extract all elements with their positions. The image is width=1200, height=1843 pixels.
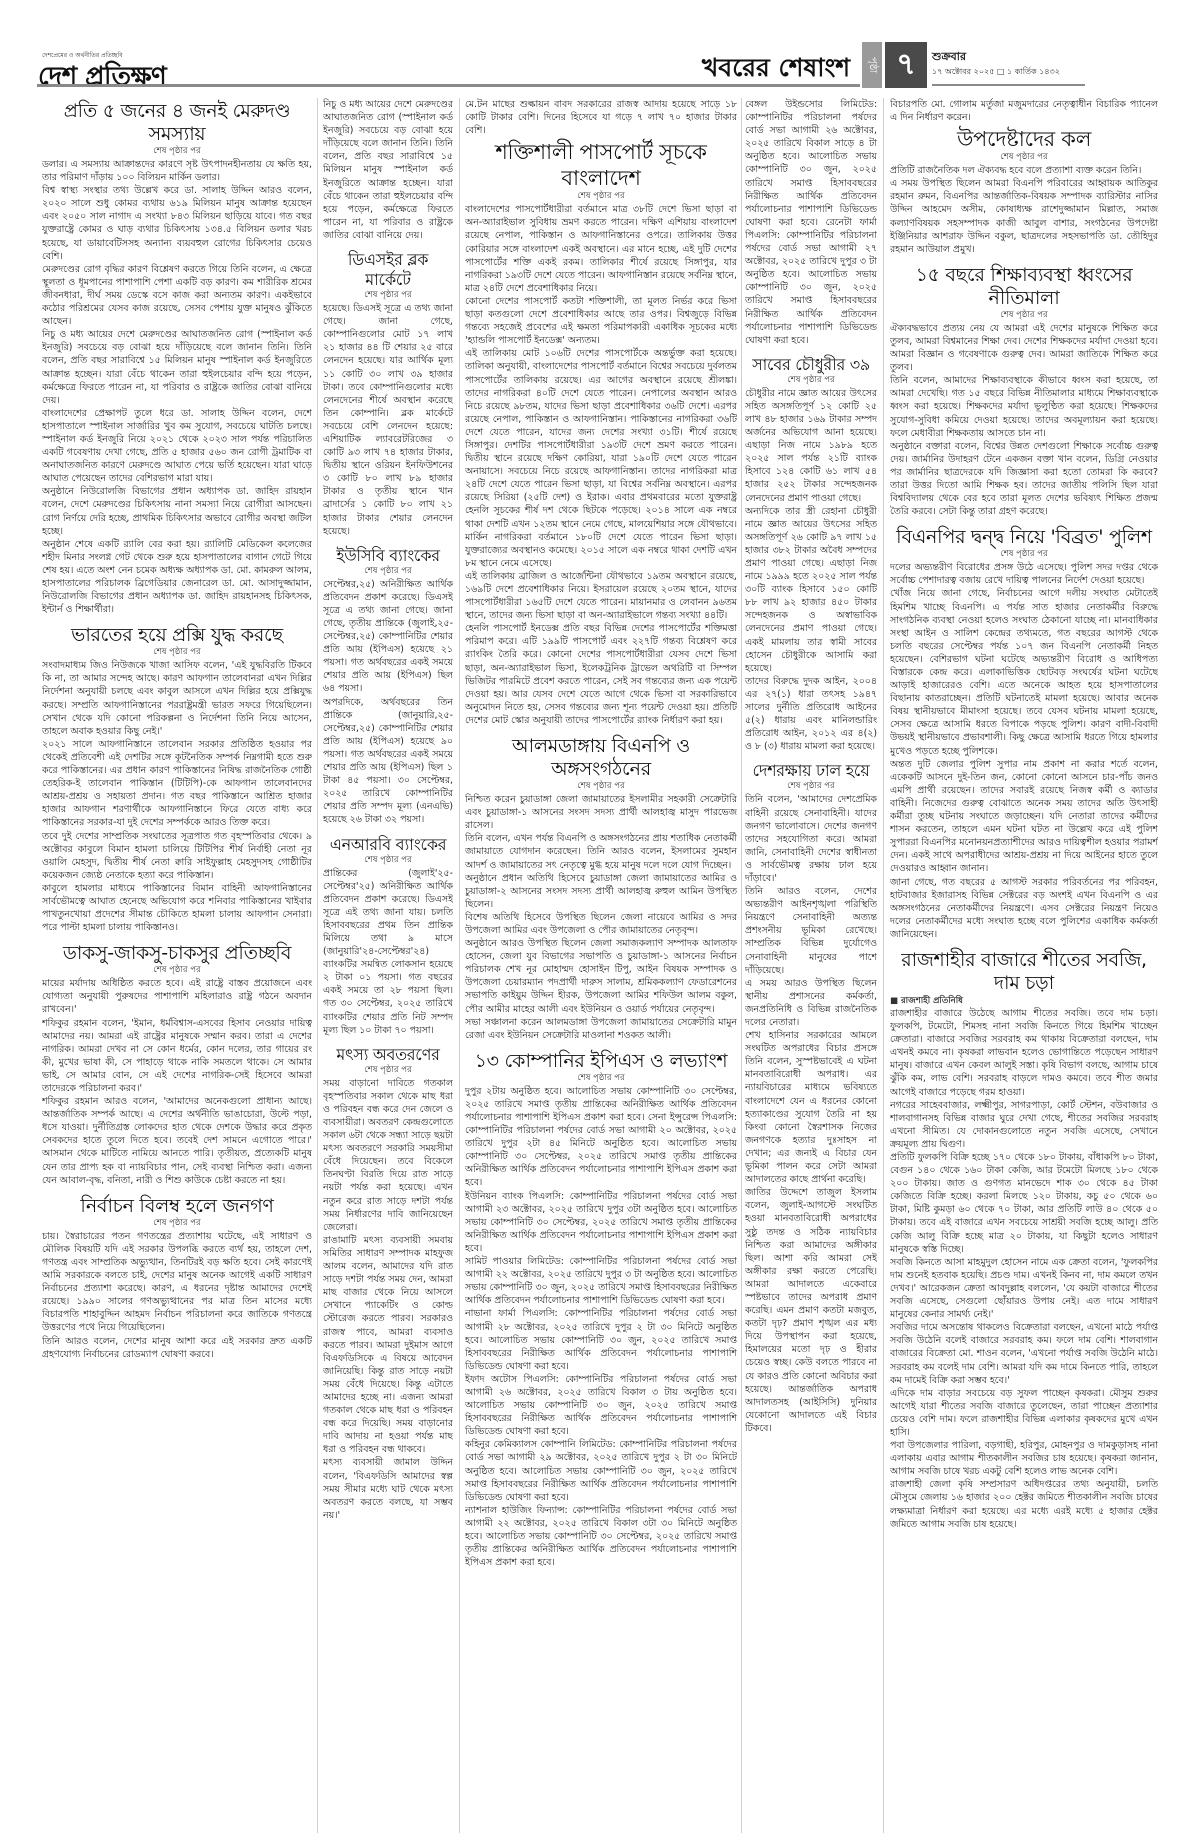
newspaper-logo[interactable]: দেশ প্রতিক্ষণ [38, 56, 166, 100]
article-paragraph: নাভানা ফার্মা পিএলসি: কোম্পানিটির পরিচাল… [465, 1307, 737, 1372]
continued-label: শেষ পৃষ্ঠার পর [745, 375, 877, 386]
article-lead-in: মে.টন মাছের শুল্কায়ন বাবদ সরকারের রাজস্… [465, 98, 737, 137]
article-paragraph: তাদের বিরুদ্ধে দুদক আইন, ২০০৪ এর ২৭(১) ধ… [745, 675, 877, 754]
masthead-divider [37, 84, 602, 87]
article-alamdanga: আলমডাঙ্গায় বিএনপি ও অঙ্গসংগঠনের শেষ পৃষ… [465, 735, 737, 1042]
article-paragraph: নগরের সাহেববাজার, লক্ষ্মীপুর, সাগরপাড়া,… [890, 1099, 1158, 1151]
continued-label: শেষ পৃষ্ঠার পর [42, 146, 312, 157]
article-paragraph: মৎস্য ব্যবসায়ী জামাল উদ্দিন বলেন, 'বিএফ… [323, 1456, 453, 1521]
article-paragraph: তিনি আরও বলেন, দেশের অভ্যন্তরীণ আইনশৃঙ্খ… [745, 885, 877, 977]
article-paragraph: অনুষ্ঠানে প্রধান অতিথি হিসেবে চুয়াডাঙ্গ… [465, 872, 737, 911]
column-divider [883, 98, 884, 1833]
article-rajshahi-vegetables: রাজশাহীর বাজারে শীতের সবজি, দাম চড়া ■ র… [890, 949, 1158, 1531]
article-passport-index: শক্তিশালী পাসপোর্ট সূচকে বাংলাদেশ শেষ পৃ… [465, 139, 737, 727]
article-paragraph: এই তালিকায় মোট ১০৬টি দেশের পাসপোর্টকে অ… [465, 347, 737, 570]
article-ucb-bank: ইউসিবি ব্যাংকের শেষ পৃষ্ঠার পর সেপ্টেম্ব… [323, 546, 453, 827]
article-paragraph: দুপুর ২টায় অনুষ্ঠিত হবে। আলোচিত সভায় ক… [465, 1085, 737, 1190]
article-paragraph: তিনি বলেন, আমাদের শিক্ষাব্যবস্থাকে কীভাব… [890, 374, 1158, 439]
article-paragraph: কহিনুর কেমিক্যালস কোম্পানি লিমিটেড: কোম্… [465, 1438, 737, 1503]
article-ducsu: ডাকসু-জাকসু-চাকসুর প্রতিচ্ছবি শেষ পৃষ্ঠা… [42, 942, 312, 1187]
article-paragraph: ন্যাশনাল হাউজিং ফিন্যান্স: কোম্পানিটির প… [465, 1504, 737, 1569]
article-paragraph: তিনি বলেন, 'আমাদের দেশপ্রেমিক বাহিনী রয়… [745, 793, 877, 885]
article-paragraph: চায়। স্বৈরাচারের পতন গণতন্ত্রের প্রত্যা… [42, 1230, 312, 1335]
continued-label: শেষ পৃষ্ঠার পর [465, 781, 737, 792]
article-paragraph: রাজশাহী জেলা কৃষি সম্প্রসারণ অধিদপ্তরের … [890, 1478, 1158, 1530]
article-proxy-war: ভারতের হয়ে প্রক্সি যুদ্ধ করছে শেষ পৃষ্ঠ… [42, 624, 312, 934]
article-headline[interactable]: বিএনপির দ্বন্দ্ব নিয়ে 'বিব্রত' পুলিশ [890, 526, 1158, 549]
article-paragraph: সবজি কিনতে আসা মাহমুদুল হোসেন নামে এক ক্… [890, 1256, 1158, 1321]
article-headline[interactable]: শক্তিশালী পাসপোর্ট সূচকে বাংলাদেশ [465, 139, 737, 191]
column-4: বেঙ্গল উইন্ডসোর লিমিটেড: কোম্পানিটির পরি… [745, 98, 877, 1833]
article-paragraph: শফিকুর রহমান আরও বলেন, 'আমাদের অনেকগুলো … [42, 1095, 312, 1187]
article-paragraph: তবে দুই দেশের সাম্প্রতিক সংঘাতের সূত্রপা… [42, 830, 312, 882]
column-5: বিচারপতি মো. গোলাম মর্তুজা মজুমদারের নেত… [890, 98, 1158, 1833]
article-army-shield: দেশরক্ষায় ঢাল হয়ে শেষ পৃষ্ঠার পর তিনি … [745, 761, 877, 1435]
article-spine-problems: প্রতি ৫ জনের ৪ জনই মেরুদণ্ড সমস্যায় শেষ… [42, 100, 312, 616]
continued-label: শেষ পৃষ্ঠার পর [890, 152, 1158, 163]
article-paragraph: এই তালিকায় ব্রাজিল ও আর্জেন্টিনা যৌথভাব… [465, 570, 737, 622]
article-saber-chowdhury: সাবের চৌধুরীর ৩৯ শেষ পৃষ্ঠার পর চৌধুরীর … [745, 355, 877, 754]
article-paragraph: প্রতিটি রাজনৈতিক দল ঐক্যবদ্ধ হবে বলে প্র… [890, 164, 1158, 177]
article-paragraph: শফিকুর রহমান বলেন, 'ইমান, ধর্মবিশ্বাস-এস… [42, 1017, 312, 1096]
continued-label: শেষ পৃষ্ঠার পর [465, 1073, 737, 1084]
article-headline[interactable]: সাবের চৌধুরীর ৩৯ [745, 355, 877, 375]
article-paragraph: মেরুদণ্ডের রোগ বৃদ্ধির কারণ বিশ্লেষণ করত… [42, 263, 312, 328]
article-paragraph: প্রান্তিকের (জুলাই'২৫-সেপ্টেম্বর'২৫) অনি… [323, 867, 453, 1037]
article-headline[interactable]: নির্বাচন বিলম্ব হলে জনগণ [42, 1195, 312, 1218]
article-police-embarrassed: বিএনপির দ্বন্দ্ব নিয়ে 'বিব্রত' পুলিশ শে… [890, 526, 1158, 941]
continued-label: শেষ পৃষ্ঠার পর [42, 647, 312, 658]
article-headline[interactable]: এনআরবি ব্যাংকের [323, 835, 453, 855]
issue-day: শুক্রবার [932, 48, 966, 67]
article-advisers-call: উপদেষ্টাদের কল শেষ পৃষ্ঠার পর প্রতিটি রা… [890, 126, 1158, 256]
article-paragraph: এ সময় আরও উপস্থিত ছিলেন স্থানীয় প্রশাস… [745, 977, 877, 1029]
column-3: মে.টন মাছের শুল্কায়ন বাবদ সরকারের রাজস্… [465, 98, 737, 1833]
continued-label: শেষ পৃষ্ঠার পর [42, 1218, 312, 1229]
article-paragraph: সামিট পাওয়ার লিমিটেড: কোম্পানিটির পরিচা… [465, 1255, 737, 1307]
continued-label: শেষ পৃষ্ঠার পর [890, 549, 1158, 560]
article-paragraph: চৌধুরীর নামে জ্ঞাত আয়ের উৎসের সহিত অসঙ্… [745, 387, 877, 505]
article-paragraph: সেপ্টেম্বর,২৫) অনিরীক্ষিত আর্থিক প্রতিবে… [323, 578, 453, 696]
article-paragraph: বিশ্ব স্বাস্থ্য সংস্থার তথ্য উল্লেখ করে … [42, 184, 312, 263]
article-nrb-bank: এনআরবি ব্যাংকের শেষ পৃষ্ঠার পর প্রান্তিক… [323, 835, 453, 1037]
article-election-delay: নির্বাচন বিলম্ব হলে জনগণ শেষ পৃষ্ঠার পর … [42, 1195, 312, 1361]
article-headline[interactable]: মৎস্য অবতরণের [323, 1045, 453, 1065]
article-headline[interactable]: ডাকসু-জাকসু-চাকসুর প্রতিচ্ছবি [42, 942, 312, 965]
article-headline[interactable]: আলমডাঙ্গায় বিএনপি ও অঙ্গসংগঠনের [465, 735, 737, 781]
article-paragraph: ২০২১ সালে আফগানিস্তানে তালেবান সরকার প্র… [42, 738, 312, 830]
article-13-companies-eps: ১৩ কোম্পানির ইপিএস ও লভ্যাংশ শেষ পৃষ্ঠার… [465, 1050, 737, 1569]
article-fish-landing: মৎস্য অবতরণের শেষ পৃষ্ঠার পর সময় বাড়ান… [323, 1045, 453, 1522]
article-paragraph: জানা গেছে, গত বছরের ৫ আগস্ট সরকার পরিবর্… [890, 876, 1158, 941]
article-lead-in: বিচারপতি মো. গোলাম মর্তুজা মজুমদারের নেত… [890, 98, 1158, 124]
article-paragraph: মায়ের মর্যাদায় অধিষ্ঠিত করতে হবে। এই র… [42, 977, 312, 1016]
article-headline[interactable]: ১৫ বছরে শিক্ষাব্যবস্থা ধ্বংসের নীতিমালা [890, 264, 1158, 310]
article-paragraph: খোঁজ নিয়ে জানা গেছে, নির্বাচনের আগে দলী… [890, 587, 1158, 757]
article-paragraph: কোনো দেশের পাসপোর্ট কতটা শক্তিশালী, তা ম… [465, 295, 737, 347]
article-paragraph: ইউনিয়ন ব্যাংক পিএলসি: কোম্পানিটির পরিচা… [465, 1190, 737, 1255]
article-paragraph: অন্যদিকে তার স্ত্রী রেহানা চৌধুরী নামে জ… [745, 505, 877, 675]
continued-label: শেষ পৃষ্ঠার পর [890, 310, 1158, 321]
article-paragraph: বেঙ্গল উইন্ডসোর লিমিটেড: কোম্পানিটির পরি… [745, 98, 877, 347]
masthead: দেশপ্রেমের ও অর্থনীতির প্রতিচ্ছবি দেশ প্… [0, 0, 1200, 90]
masthead-divider [602, 84, 860, 87]
continued-label: শেষ পৃষ্ঠার পর [42, 965, 312, 976]
article-paragraph: বাংলাদেশের প্রেক্ষাপট তুলে ধরে ডা. সালাহ… [42, 407, 312, 486]
article-paragraph: পবা উপজেলার পারিলা, বড়গাছী, হরিপুর, মোহ… [890, 1439, 1158, 1478]
continued-label: শেষ পৃষ্ঠার পর [323, 1065, 453, 1076]
page-label: পৃষ্ঠা [862, 42, 882, 88]
article-paragraph: শেখ হাসিনার সরকারের আমলে সংঘটিত অপরাধের … [745, 1029, 877, 1186]
article-headline[interactable]: ডিএসইর ব্লক মার্কেটে [323, 250, 453, 290]
article-headline[interactable]: ইউসিবি ব্যাংকের [323, 546, 453, 566]
continued-label: শেষ পৃষ্ঠার পর [465, 191, 737, 202]
article-paragraph: প্রতিটি ফুলকপি বিক্রি হচ্ছে ১৭০ থেকে ১৮০… [890, 1151, 1158, 1256]
article-paragraph: সংবাদমাধ্যম জিও নিউজকে খাজা আসিফ বলেন, '… [42, 659, 312, 738]
column-1: প্রতি ৫ জনের ৪ জনই মেরুদণ্ড সমস্যায় শেষ… [42, 98, 312, 1833]
article-paragraph: সময় বাড়ানো দাবিতে গতকাল বৃহস্পতিবার সক… [323, 1077, 453, 1234]
article-paragraph: হয়েছে। ডিএসই সূত্রে এ তথ্য জানা গেছে। জ… [323, 302, 453, 538]
article-headline[interactable]: প্রতি ৫ জনের ৪ জনই মেরুদণ্ড সমস্যায় [42, 100, 312, 146]
article-paragraph: ডলার। এ সমস্যায় আক্রান্তদের কারণে সৃষ্ট… [42, 158, 312, 184]
article-paragraph: তিনি আরও বলেন, দেশের মানুষ আশা করে এই সর… [42, 1335, 312, 1361]
article-paragraph: তিনি বলেন, এখন পর্যন্ত বিএনপি ও অঙ্গসংগঠ… [465, 832, 737, 871]
article-paragraph: ইফাদ অটোস পিএলসি: কোম্পানিটির পরিচালনা প… [465, 1373, 737, 1438]
column-2: নিচু ও মধ্য আয়ের দেশে মেরুদণ্ডের আঘাতজন… [323, 98, 453, 1833]
article-headline[interactable]: রাজশাহীর বাজারে শীতের সবজি, দাম চড়া [890, 949, 1158, 995]
article-paragraph: অন্তত দুটি জেলার পুলিশ সুপার নাম প্রকাশ … [890, 758, 1158, 876]
article-paragraph: অনুষ্ঠানে বক্তারা বলেন, বিশ্বের উন্নত দে… [890, 440, 1158, 519]
article-paragraph: অনুষ্ঠানে আরও উপস্থিত ছিলেন জেলা সমাজকল্… [465, 937, 737, 1016]
article-paragraph: বাংলাদেশের পাসপোর্টধারীরা বর্তমানে মাত্র… [465, 203, 737, 295]
article-paragraph: রাজশাহীর বাজারে উঠেছে আগাম শীতের সবজি। ত… [890, 1007, 1158, 1099]
article-paragraph: হেনলি পাসপোর্ট ইনডেক্স প্রতি বছর বিভিন্ন… [465, 622, 737, 727]
article-paragraph: সভা সঞ্চালনা করেন আলমডাঙ্গা উপজেলা জামায… [465, 1016, 737, 1042]
article-education-policy: ১৫ বছরে শিক্ষাব্যবস্থা ধ্বংসের নীতিমালা … [890, 264, 1158, 518]
continued-label: শেষ পৃষ্ঠার পর [745, 781, 877, 792]
article-headline[interactable]: দেশরক্ষায় ঢাল হয়ে [745, 761, 877, 781]
issue-date: ১৭ অক্টোবর ২০২৫ □ ১ কার্তিক ১৪৩২ [932, 66, 1060, 79]
continued-label: শেষ পৃষ্ঠার পর [323, 290, 453, 301]
article-paragraph: রাঙামাটি মৎস্য ব্যবসায়ী সমবায় সমিতির স… [323, 1234, 453, 1457]
column-divider [741, 98, 742, 1833]
article-headline[interactable]: ভারতের হয়ে প্রক্সি যুদ্ধ করছে [42, 624, 312, 647]
article-paragraph: জাতির উদ্দেশে তাজুল ইসলাম বলেন, জুলাই-আগ… [745, 1186, 877, 1435]
article-paragraph: অনুষ্ঠান শেষে একটি র‍্যালি বের করা হয়। … [42, 538, 312, 617]
article-paragraph: নিশ্চিত করেন চুয়াডাঙ্গা জেলা জামায়াতের… [465, 793, 737, 832]
article-paragraph: এদিকে দাম বাড়ার সবচেয়ে বড় সুফল পাচ্ছে… [890, 1387, 1158, 1439]
article-paragraph: সবজির দামে অসন্তোষ থাকলেও বিক্রেতারা বলছ… [890, 1321, 1158, 1386]
article-paragraph: এ সময় উপস্থিত ছিলেন আমরা বিএনপি পরিবারে… [890, 177, 1158, 256]
column-divider [317, 98, 318, 1833]
article-dse-block-market: ডিএসইর ব্লক মার্কেটে শেষ পৃষ্ঠার পর হয়ে… [323, 250, 453, 538]
column-divider [459, 98, 460, 1833]
continued-label: শেষ পৃষ্ঠার পর [323, 855, 453, 866]
continued-label: শেষ পৃষ্ঠার পর [323, 566, 453, 577]
article-paragraph: অনুষ্ঠানে নিউরোলজি বিভাগের প্রধান অধ্যাপ… [42, 485, 312, 537]
masthead-divider [932, 84, 1085, 86]
article-paragraph: ঐক্যবদ্ধভাবে প্রত্যয় নেয় যে আমরা এই দে… [890, 322, 1158, 374]
article-paragraph: কাবুলে হামলার মাধ্যমে পাকিস্তানের বিমান … [42, 882, 312, 934]
article-paragraph: নিচু ও মধ্য আয়ের দেশে মেরুদণ্ডের আঘাতজন… [323, 98, 453, 242]
article-headline[interactable]: ১৩ কোম্পানির ইপিএস ও লভ্যাংশ [465, 1050, 737, 1073]
article-paragraph: বিশেষ অতিথি হিসেবে উপস্থিত ছিলেন জেলা না… [465, 911, 737, 937]
article-headline[interactable]: উপদেষ্টাদের কল [890, 126, 1158, 152]
article-paragraph: অপরদিকে, অর্থবছরের তিন প্রান্তিকে (জানুয… [323, 696, 453, 827]
article-byline: ■ রাজশাহী প্রতিনিধি [890, 995, 1158, 1007]
article-paragraph: দলের অভ্যন্তরীণ বিরোধের প্রসঙ্গ উঠে এসেছ… [890, 561, 1158, 587]
page-number: ৭ [885, 42, 927, 88]
article-paragraph: নিচু ও মধ্য আয়ের দেশে মেরুদণ্ডের আঘাতজন… [42, 328, 312, 407]
